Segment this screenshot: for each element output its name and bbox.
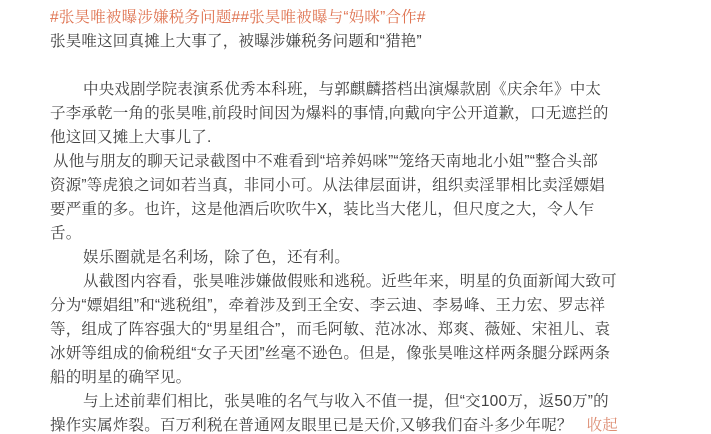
post-article: #张昊唯被曝涉嫌税务问题##张昊唯被曝与“妈咪”合作# 张昊唯这回真摊上大事了，…	[0, 0, 711, 434]
body-line: 等，组成了阵容强大的“男星组合”，而毛阿敏、范冰冰、郑爽、薇娅、宋祖儿、袁	[50, 318, 711, 342]
body-line: 从截图内容看，张昊唯涉嫌做假账和逃税。近些年来，明星的负面新闻大致可	[50, 270, 711, 294]
body-line: 舌。	[50, 222, 711, 246]
body-line: 冰妍等组成的偷税组“女子天团”丝毫不逊色。但是，像张昊唯这样两条腿分踩两条	[50, 342, 711, 366]
body-line: 资源”等虎狼之词如若当真，非同小可。从法律层面讲，组织卖淫罪相比卖淫嫖娼	[50, 174, 711, 198]
body-line: 他这回又摊上大事儿了.	[50, 126, 711, 150]
collapse-link[interactable]: 收起	[587, 417, 618, 434]
body-line: 与上述前辈们相比，张昊唯的名气与收入不值一提，但“交100万，返50万”的	[50, 390, 711, 414]
body-line: 从他与朋友的聊天记录截图中不难看到“培养妈咪”“笼络天南地北小姐”“整合头部	[50, 150, 711, 174]
body-line: 船的明星的确罕见。	[50, 366, 711, 390]
body-line: 分为“嫖娼组”和“逃税组”，牵着涉及到王全安、李云迪、李易峰、王力宏、罗志祥	[50, 294, 711, 318]
body-line: 中央戏剧学院表演系优秀本科班，与郭麒麟搭档出演爆款剧《庆余年》中太	[50, 78, 711, 102]
body-last-line-wrap: 操作实属炸裂。百万利税在普通网友眼里已是天价,又够我们奋斗多少年呢？收起	[50, 414, 711, 434]
body-line: 子李承乾一角的张昊唯,前段时间因为爆料的事情,向戴向宇公开道歉，口无遮拦的	[50, 102, 711, 126]
body-line: 要严重的多。也许，这是他酒后吹吹牛X，装比当大佬儿，但尺度之大，令人乍	[50, 198, 711, 222]
body-line: 操作实属炸裂。百万利税在普通网友眼里已是天价,又够我们奋斗多少年呢？	[50, 417, 573, 434]
body-line: 娱乐圈就是名利场，除了色，还有利。	[50, 246, 711, 270]
topic-hashtag-links[interactable]: #张昊唯被曝涉嫌税务问题##张昊唯被曝与“妈咪”合作#	[50, 6, 711, 30]
post-body: 中央戏剧学院表演系优秀本科班，与郭麒麟搭档出演爆款剧《庆余年》中太 子李承乾一角…	[50, 78, 711, 434]
post-title: 张昊唯这回真摊上大事了，被曝涉嫌税务问题和“猎艳”	[50, 30, 711, 54]
